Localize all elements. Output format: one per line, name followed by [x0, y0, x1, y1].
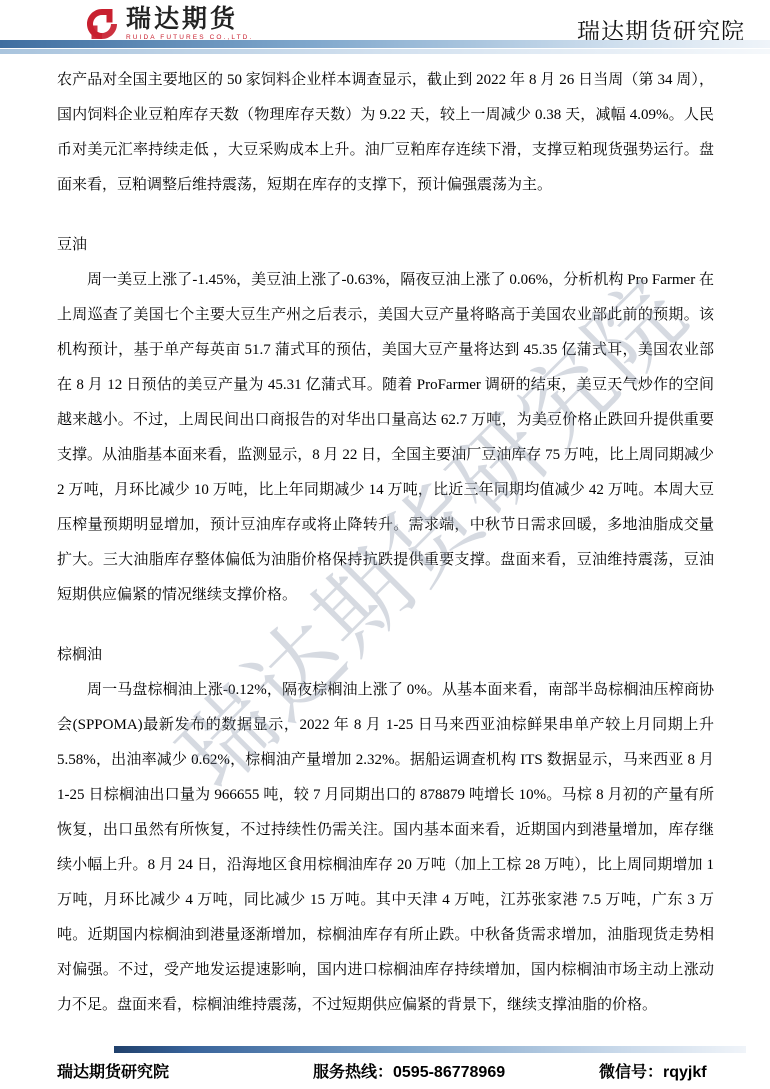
footer-divider-bar [114, 1046, 746, 1053]
section-heading-palm-oil: 棕榈油 [57, 638, 714, 673]
report-body: 农产品对全国主要地区的 50 家饲料企业样本调查显示，截止到 2022 年 8 … [57, 63, 714, 1023]
ruida-logo-icon [84, 6, 120, 42]
paragraph-soybean-meal: 农产品对全国主要地区的 50 家饲料企业样本调查显示，截止到 2022 年 8 … [57, 63, 714, 203]
footer-wechat: 微信号：rqyjkf [599, 1059, 707, 1082]
report-page: 瑞达期货 RUIDA FUTURES CO.,LTD. 瑞达期货研究院 农产品对… [0, 0, 770, 1089]
header-divider-bar [0, 40, 770, 48]
brand-name-cn: 瑞达期货 [126, 7, 253, 32]
header-divider-bar-light [0, 49, 770, 54]
logo-text: 瑞达期货 RUIDA FUTURES CO.,LTD. [126, 7, 253, 42]
footer-hotline: 服务热线：0595-86778969 [313, 1059, 505, 1082]
company-logo: 瑞达期货 RUIDA FUTURES CO.,LTD. [84, 6, 253, 42]
section-heading-soybean-oil: 豆油 [57, 228, 714, 263]
paragraph-soybean-oil: 周一美豆上涨了-1.45%，美豆油上涨了-0.63%，隔夜豆油上涨了 0.06%… [57, 263, 714, 613]
paragraph-palm-oil: 周一马盘棕榈油上涨-0.12%，隔夜棕榈油上涨了 0%。从基本面来看，南部半岛棕… [57, 673, 714, 1023]
footer-institute: 瑞达期货研究院 [57, 1059, 169, 1082]
